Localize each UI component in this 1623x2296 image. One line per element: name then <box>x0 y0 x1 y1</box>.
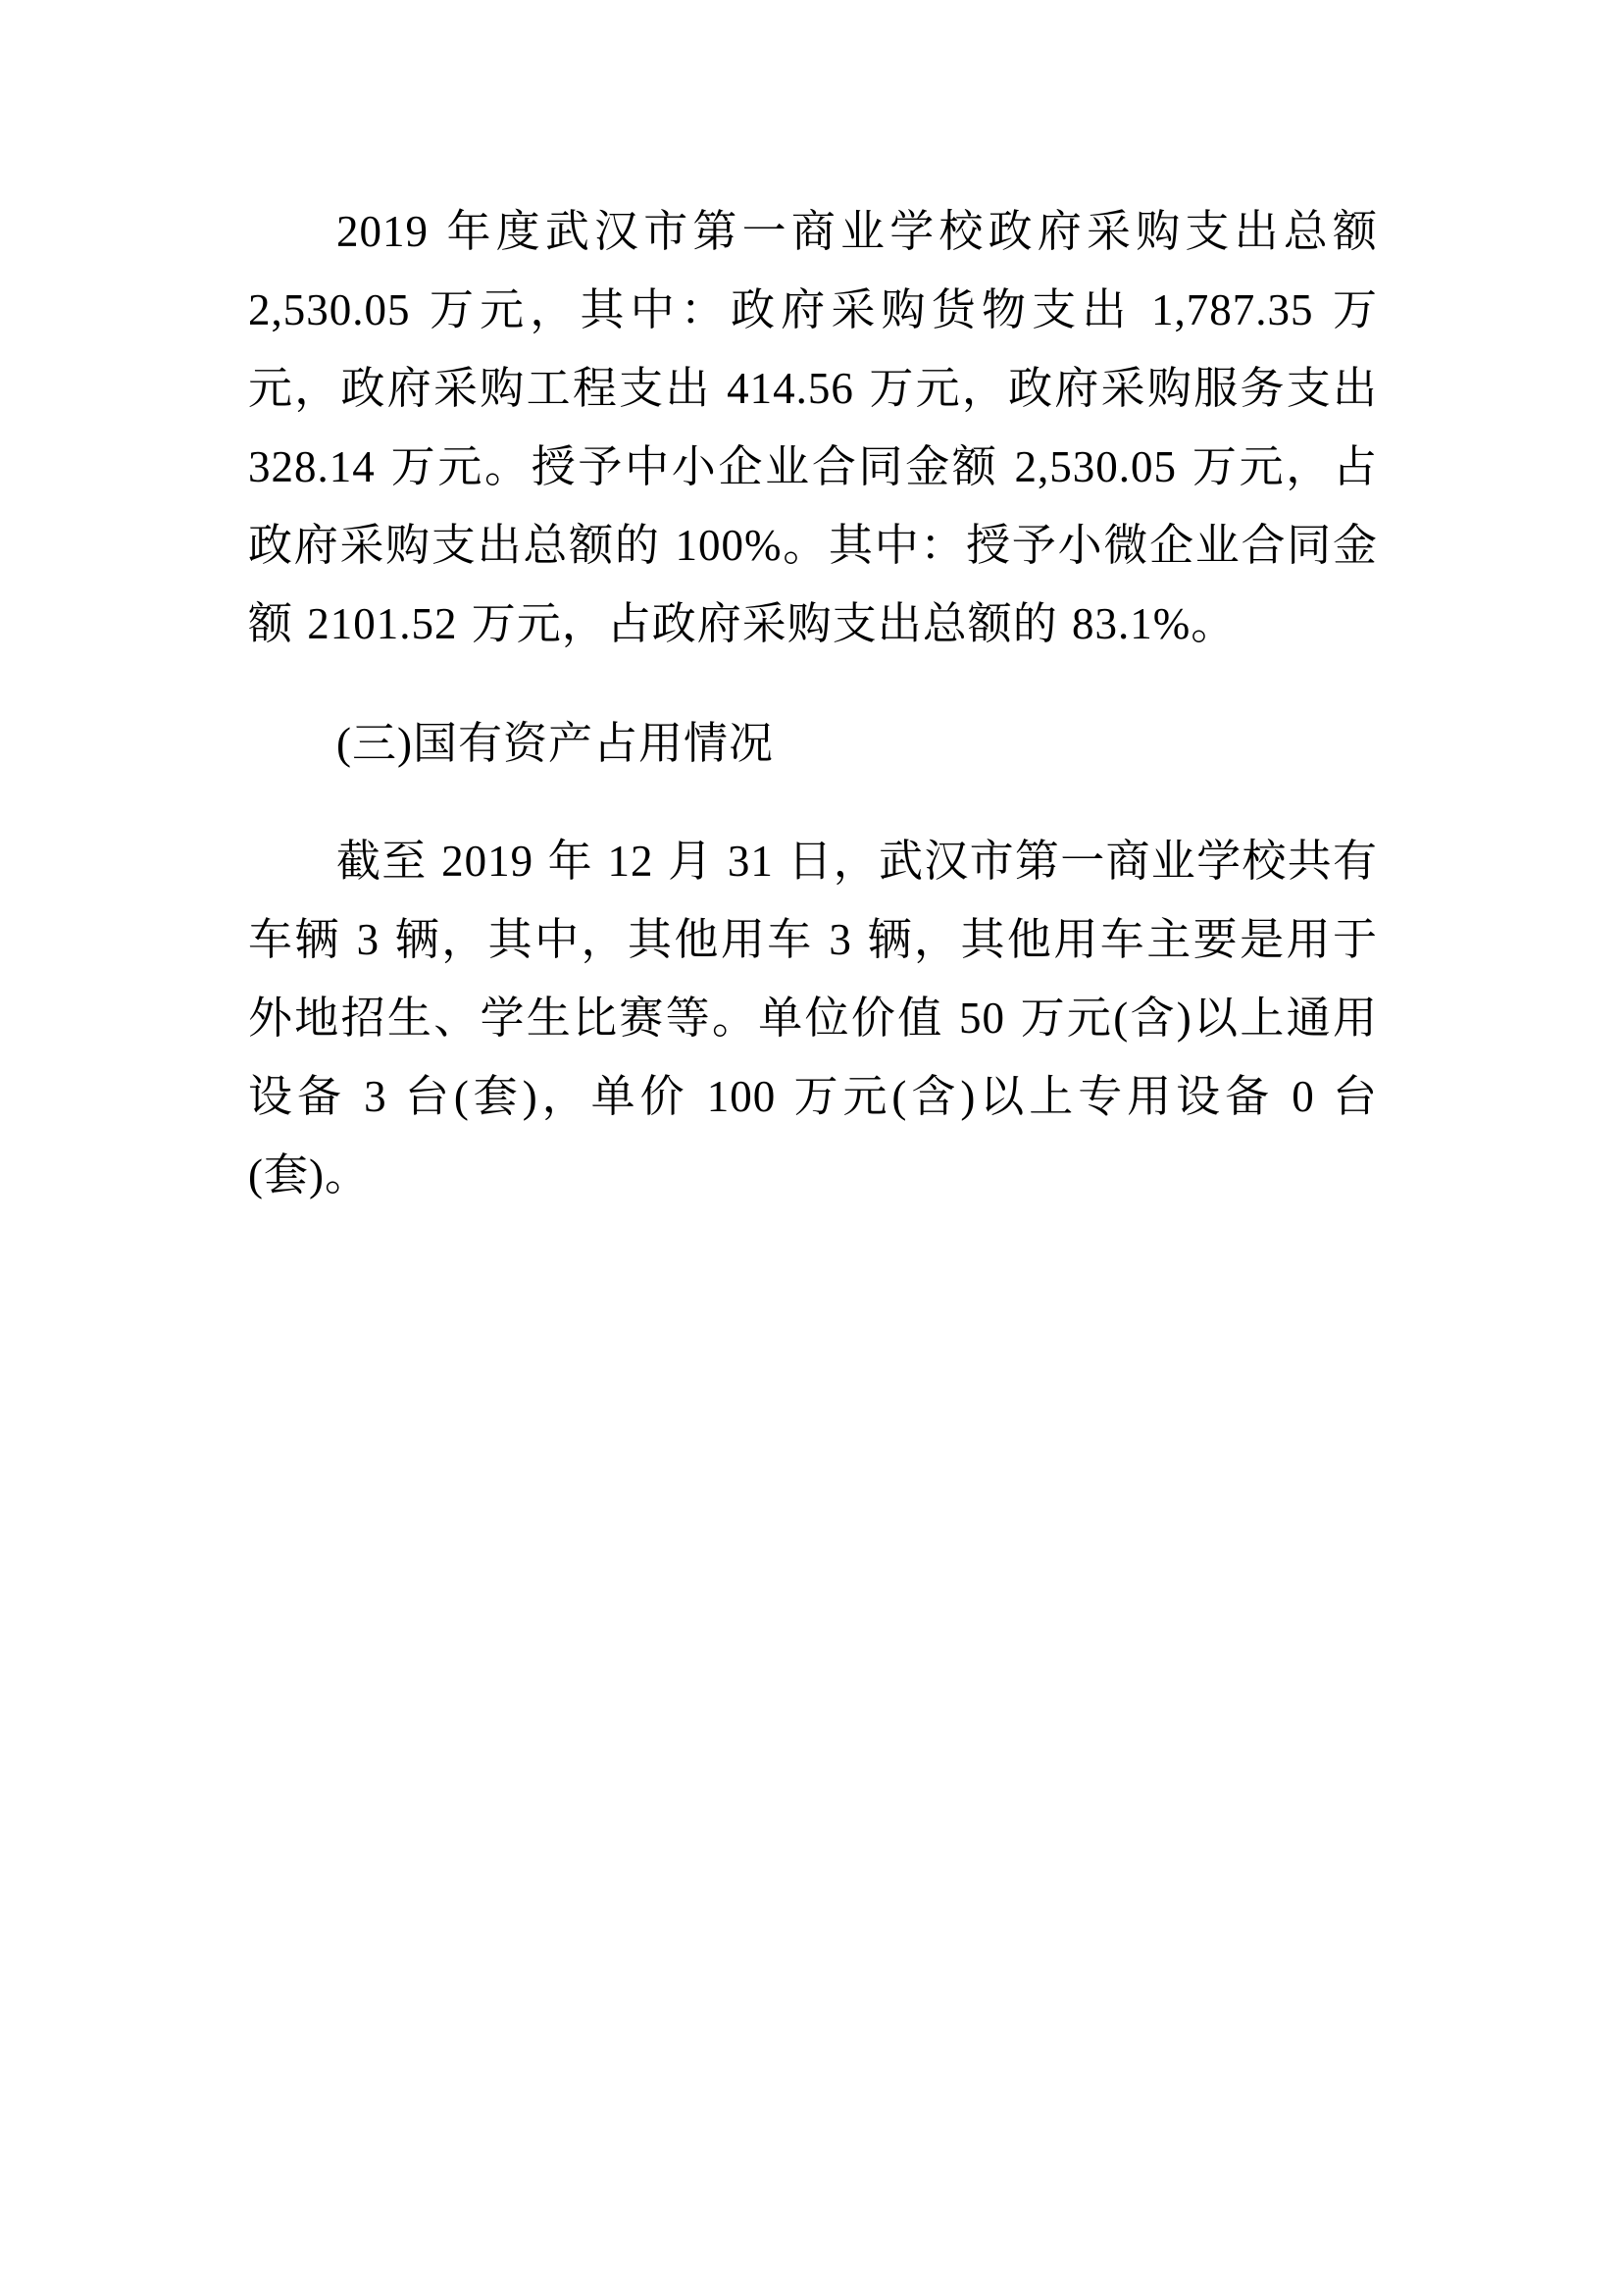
document-content: 2019 年度武汉市第一商业学校政府采购支出总额 2,530.05 万元，其中：… <box>248 192 1378 1214</box>
section-heading-state-assets: (三)国有资产占用情况 <box>248 704 1378 783</box>
document-page: 2019 年度武汉市第一商业学校政府采购支出总额 2,530.05 万元，其中：… <box>0 0 1623 2296</box>
procurement-expenditure-paragraph: 2019 年度武汉市第一商业学校政府采购支出总额 2,530.05 万元，其中：… <box>248 192 1378 663</box>
state-assets-paragraph: 截至 2019 年 12 月 31 日，武汉市第一商业学校共有车辆 3 辆，其中… <box>248 822 1378 1214</box>
